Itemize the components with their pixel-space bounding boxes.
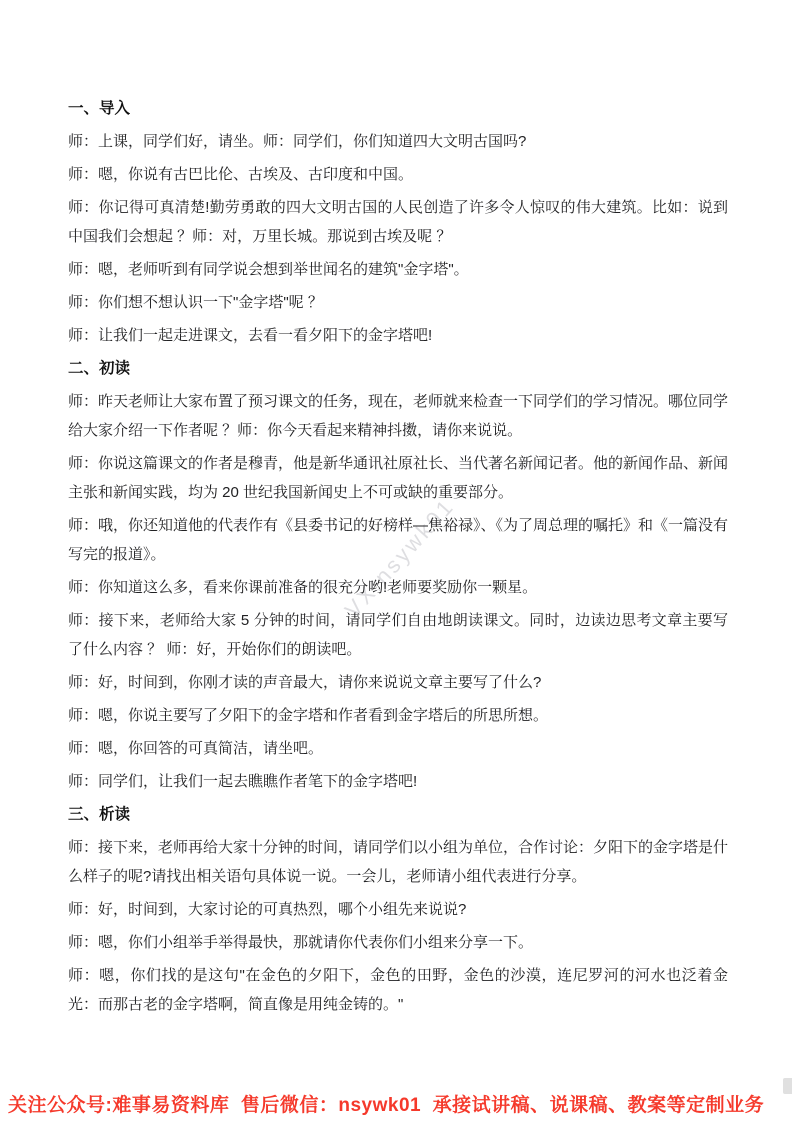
dialogue-line: 师：同学们，让我们一起去瞧瞧作者笔下的金字塔吧! <box>68 767 728 796</box>
dialogue-line: 师：嗯，你回答的可真简洁，请坐吧。 <box>68 734 728 763</box>
section-heading-chudu: 二、初读 <box>68 354 728 383</box>
dialogue-line: 师：嗯，你们小组举手举得最快，那就请你代表你们小组来分享一下。 <box>68 928 728 957</box>
dialogue-line: 师：你们想不想认识一下"金字塔"呢 ？ <box>68 288 728 317</box>
document-page: VX:nsywk01 一、导入 师：上课，同学们好，请坐。师：同学们，你们知道四… <box>0 0 793 1122</box>
promo-footer: 关注公众号:难事易资料库 售后微信：nsywk01 承接试讲稿、说课稿、教案等定… <box>8 1090 793 1117</box>
section-heading-daoru: 一、导入 <box>68 94 728 123</box>
dialogue-line: 师：好，时间到，大家讨论的可真热烈，哪个小组先来说说? <box>68 895 728 924</box>
section-heading-xidu: 三、析读 <box>68 800 728 829</box>
dialogue-line: 师：上课，同学们好，请坐。师：同学们，你们知道四大文明古国吗? <box>68 127 728 156</box>
lesson-script: 一、导入 师：上课，同学们好，请坐。师：同学们，你们知道四大文明古国吗? 师：嗯… <box>68 94 728 1023</box>
dialogue-line: 师：嗯，老师听到有同学说会想到举世闻名的建筑"金字塔"。 <box>68 255 728 284</box>
dialogue-line: 师：你知道这么多，看来你课前准备的很充分哟!老师要奖励你一颗星。 <box>68 573 728 602</box>
dialogue-line: 师：昨天老师让大家布置了预习课文的任务，现在，老师就来检查一下同学们的学习情况。… <box>68 387 728 445</box>
dialogue-line: 师：嗯，你说有古巴比伦、古埃及、古印度和中国。 <box>68 160 728 189</box>
dialogue-line: 师：哦，你还知道他的代表作有《县委书记的好榜样—焦裕禄》、《为了周总理的嘱托》和… <box>68 511 728 569</box>
dialogue-line: 师：接下来，老师给大家 5 分钟的时间，请同学们自由地朗读课文。同时，边读边思考… <box>68 606 728 664</box>
dialogue-line: 师：嗯，你们找的是这句"在金色的夕阳下，金色的田野，金色的沙漠，连尼罗河的河水也… <box>68 961 728 1019</box>
dialogue-line: 师：你记得可真清楚!勤劳勇敢的四大文明古国的人民创造了许多令人惊叹的伟大建筑。比… <box>68 193 728 251</box>
dialogue-line: 师：接下来，老师再给大家十分钟的时间，请同学们以小组为单位，合作讨论：夕阳下的金… <box>68 833 728 891</box>
dialogue-line: 师：嗯，你说主要写了夕阳下的金字塔和作者看到金字塔后的所思所想。 <box>68 701 728 730</box>
dialogue-line: 师：你说这篇课文的作者是穆青，他是新华通讯社原社长、当代著名新闻记者。他的新闻作… <box>68 449 728 507</box>
dialogue-line: 师：让我们一起走进课文，去看一看夕阳下的金字塔吧! <box>68 321 728 350</box>
dialogue-line: 师：好，时间到，你刚才读的声音最大，请你来说说文章主要写了什么? <box>68 668 728 697</box>
